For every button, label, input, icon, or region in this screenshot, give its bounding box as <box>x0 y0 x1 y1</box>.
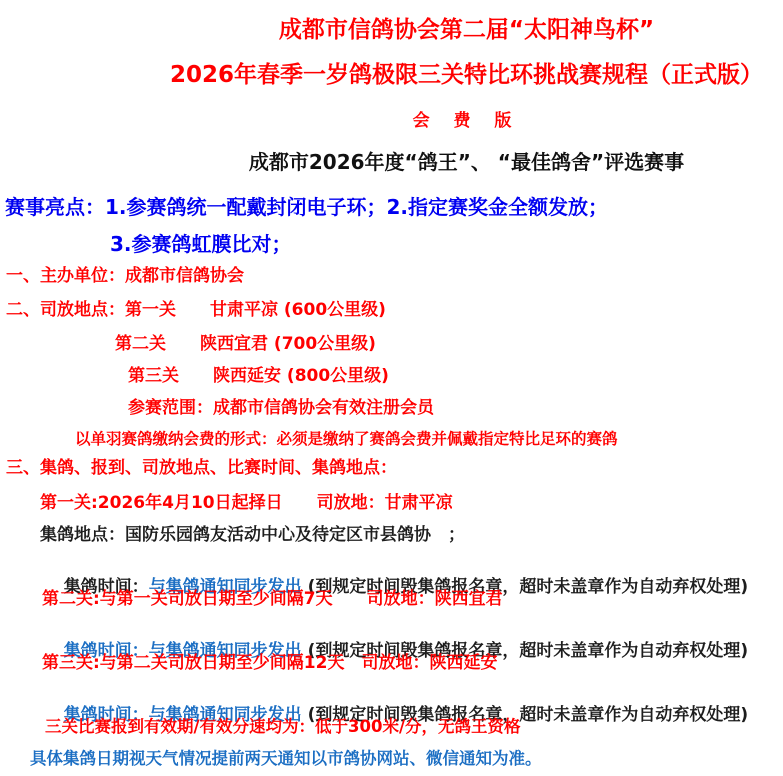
weather-note-line: 具体集鸽日期视天气情况提前两天通知以市鸽协网站、微信通知为准。 <box>30 749 542 769</box>
gate3-date-line: 第三关:与第二关司放日期至少间隔12天 司放地：陕西延安 <box>42 653 497 673</box>
membership-fee-note: 以单羽赛鸽缴纳会费的形式：必须是缴纳了赛鸽会费并佩戴指定特比足环的赛鸽 <box>75 430 618 449</box>
participation-scope: 参赛范围：成都市信鸽协会有效注册会员 <box>128 398 434 418</box>
document-page: 成都市信鸽协会第二届“太阳神鸟杯” 2026年春季一岁鸽极限三关特比环挑战赛规程… <box>0 0 783 776</box>
release-site-gate3: 第三关 陕西延安 (800公里级) <box>128 366 389 386</box>
organizer-line: 一、主办单位：成都市信鸽协会 <box>6 266 244 286</box>
schedule-heading: 三、集鸽、报到、司放地点、比赛时间、集鸽地点： <box>6 458 397 478</box>
speed-rule-line: 三关比赛报到有效期/有效分速均为：低于300米/分，无鸽王资格 <box>45 717 521 737</box>
document-title-line2: 2026年春季一岁鸽极限三关特比环挑战赛规程（正式版） <box>150 62 783 90</box>
release-sites-heading: 二、司放地点：第一关 甘肃平凉 (600公里级) <box>6 300 386 320</box>
release-site-gate2: 第二关 陕西宜君 (700公里级) <box>115 334 376 354</box>
edition-label: 会 费 版 <box>150 111 783 131</box>
gathering-place-line: 集鸽地点：国防乐园鸽友活动中心及待定区市县鸽协 ； <box>40 525 465 545</box>
document-title-line1: 成都市信鸽协会第二届“太阳神鸟杯” <box>150 17 783 45</box>
gathering-time-line-3: 集鸽时间：与集鸽通知同步发出 (到规定时间毁集鸽报名章，超时未盖章作为自动弃权处… <box>40 685 748 746</box>
highlights-line2: 3.参赛鸽虹膜比对； <box>110 232 292 256</box>
gate2-date-line: 第二关:与第一关司放日期至少间隔7天 司放地：陕西宜君 <box>42 589 503 609</box>
highlights-line1: 赛事亮点：1.参赛鸽统一配戴封闭电子环；2.指定赛奖金全额发放； <box>5 195 608 219</box>
gate1-date-line: 第一关:2026年4月10日起择日 司放地：甘肃平凉 <box>40 493 453 513</box>
document-subtitle: 成都市2026年度“鸽王”、 “最佳鸽舍”评选赛事 <box>150 150 783 174</box>
